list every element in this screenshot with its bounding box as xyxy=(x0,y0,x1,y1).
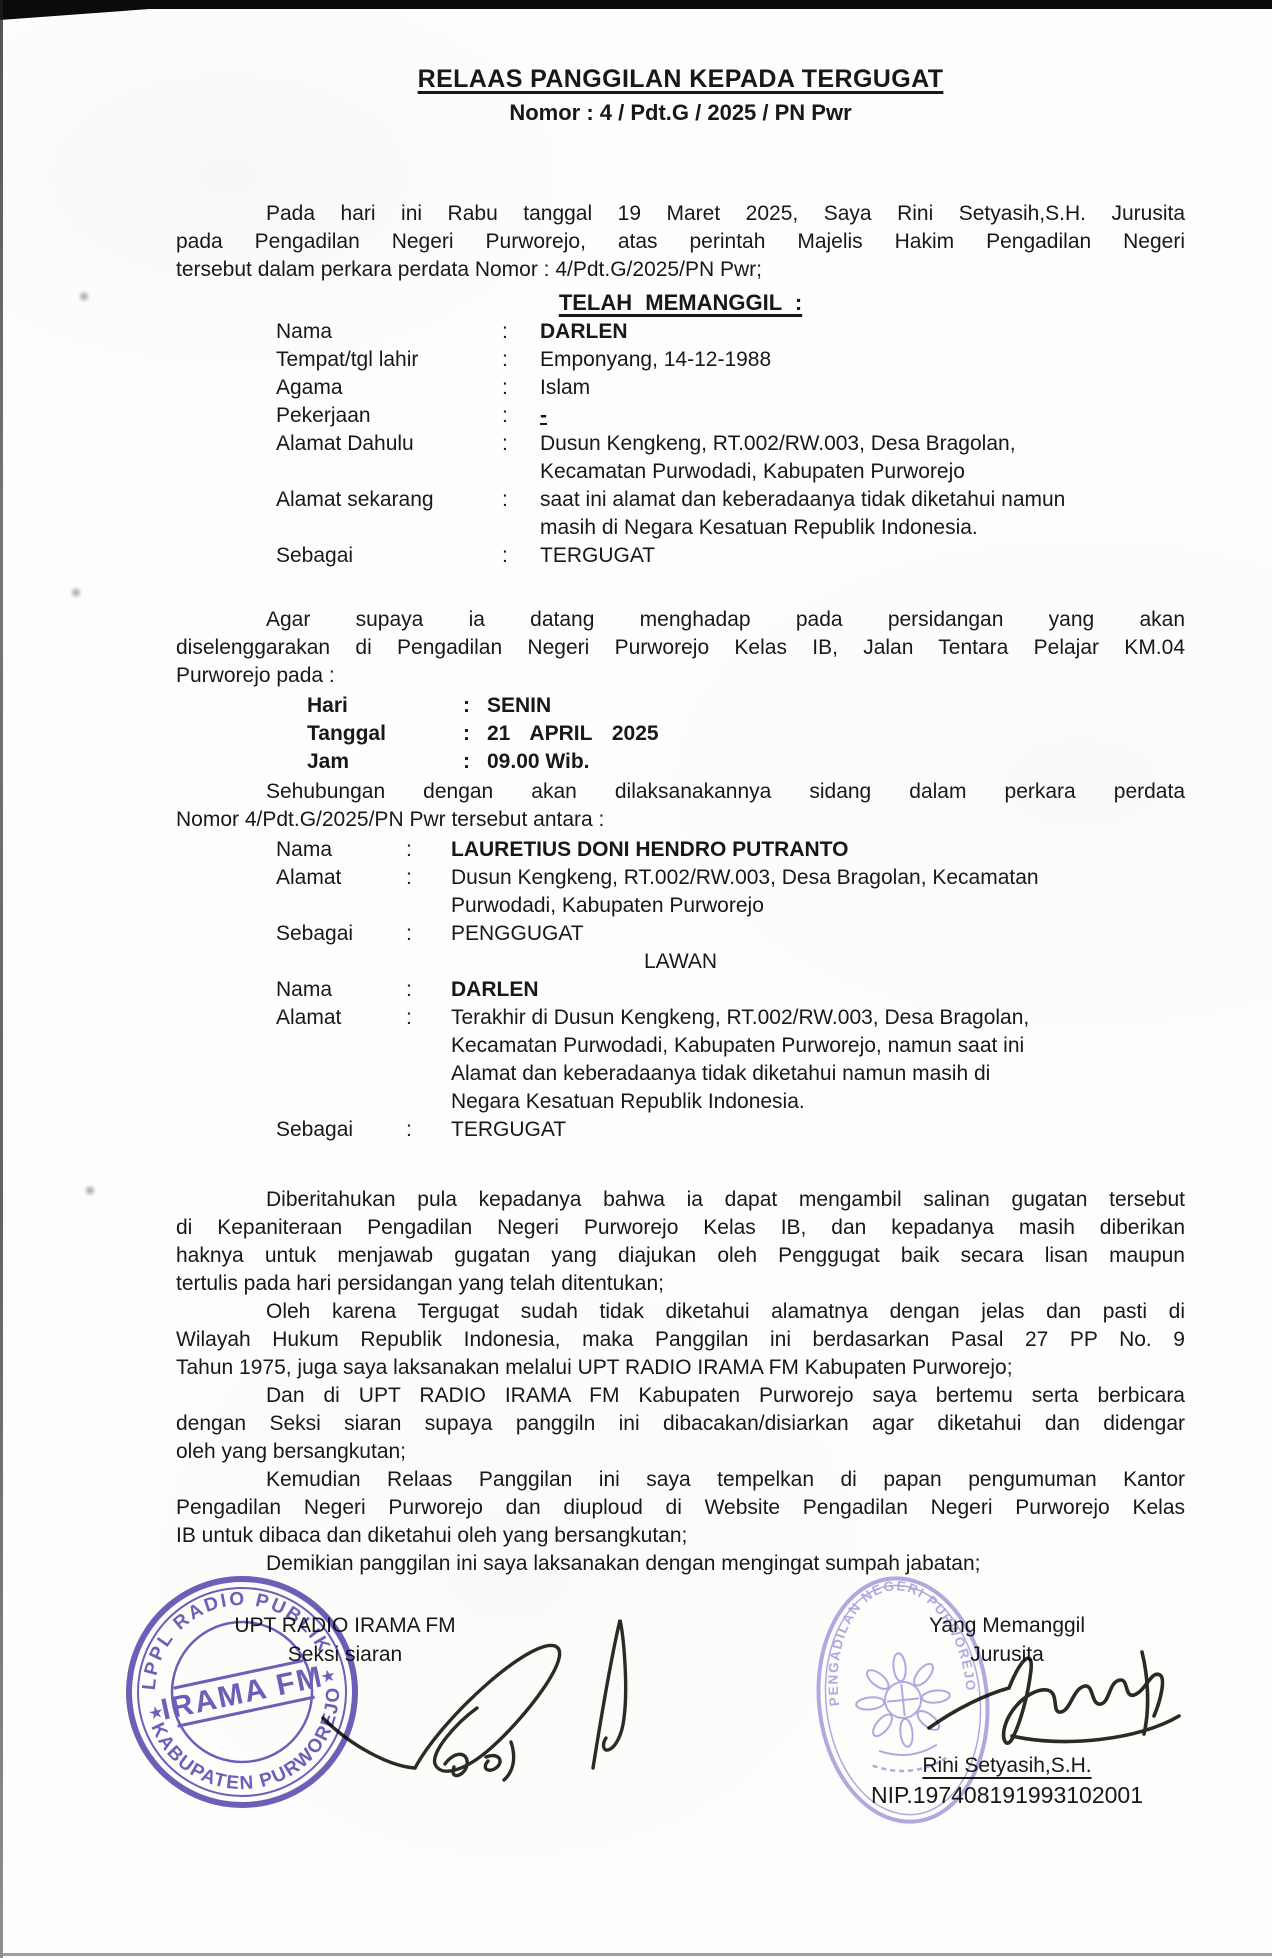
list-item: Tanggal : 21 APRIL 2025 xyxy=(307,720,1107,748)
field-label: Agama xyxy=(276,374,502,402)
field-label: Nama xyxy=(276,976,406,1004)
colon: : xyxy=(406,1116,451,1144)
paragraph-line: oleh yang bersangkutan; xyxy=(176,1438,1185,1466)
summon-heading-text: TELAH MEMANGGIL : xyxy=(559,290,802,315)
list-item: Pekerjaan : - xyxy=(276,402,1196,430)
body-paragraph: Kemudian Relaas Panggilan ini saya tempe… xyxy=(176,1466,1185,1550)
field-label: Hari xyxy=(307,692,463,720)
field-value: Islam xyxy=(540,374,1140,402)
field-value: 09.00 Wib. xyxy=(487,748,590,776)
list-item: Nama : DARLEN xyxy=(276,318,1196,346)
scan-top-left-wedge xyxy=(0,0,158,20)
paragraph-line: Wilayah Hukum Republik Indonesia, maka P… xyxy=(176,1326,1185,1354)
paragraph-line: di Kepaniteraan Pengadilan Negeri Purwor… xyxy=(176,1214,1185,1242)
paragraph-line: Oleh karena Tergugat sudah tidak diketah… xyxy=(176,1298,1185,1326)
intro-paragraph: Pada hari ini Rabu tanggal 19 Maret 2025… xyxy=(176,200,1185,284)
field-label: Tanggal xyxy=(307,720,463,748)
colon: : xyxy=(502,346,540,374)
left-signature xyxy=(293,1596,665,1814)
paragraph-line: diselenggarakan di Pengadilan Negeri Pur… xyxy=(176,634,1185,662)
list-item: Sebagai : TERGUGAT xyxy=(276,542,1196,570)
paragraph-line: Nomor 4/Pdt.G/2025/PN Pwr tersebut antar… xyxy=(176,806,1185,834)
field-label: Nama xyxy=(276,836,406,864)
list-item: Nama : DARLEN xyxy=(276,976,1216,1004)
right-signature xyxy=(913,1636,1247,1774)
field-value: TERGUGAT xyxy=(540,542,1140,570)
body-paragraph: Oleh karena Tergugat sudah tidak diketah… xyxy=(176,1298,1185,1382)
list-item: Alamat : Terakhir di Dusun Kengkeng, RT.… xyxy=(276,1004,1216,1116)
field-label: Sebagai xyxy=(276,1116,406,1144)
body-paragraph: Dan di UPT RADIO IRAMA FM Kabupaten Purw… xyxy=(176,1382,1185,1466)
field-label: Sebagai xyxy=(276,542,502,570)
field-value: DARLEN xyxy=(540,318,1140,346)
field-value: SENIN xyxy=(487,692,551,720)
colon: : xyxy=(406,864,451,892)
field-label: Pekerjaan xyxy=(276,402,502,430)
field-value: PENGGUGAT xyxy=(451,920,1131,948)
paragraph-line: Dan di UPT RADIO IRAMA FM Kabupaten Purw… xyxy=(176,1382,1185,1410)
colon: : xyxy=(502,374,540,402)
list-item: Alamat : Dusun Kengkeng, RT.002/RW.003, … xyxy=(276,864,1216,920)
paper-smudge xyxy=(78,290,90,303)
field-label: Alamat xyxy=(276,1004,406,1032)
paragraph-line: Kemudian Relaas Panggilan ini saya tempe… xyxy=(176,1466,1185,1494)
hearing-intro-paragraph: Agar supaya ia datang menghadap pada per… xyxy=(176,606,1185,690)
colon: : xyxy=(463,748,487,776)
paragraph-line: tersebut dalam perkara perdata Nomor : 4… xyxy=(176,256,1185,284)
field-label: Alamat sekarang xyxy=(276,486,502,514)
paragraph-line: Tahun 1975, juga saya laksanakan melalui… xyxy=(176,1354,1185,1382)
paragraph-line: haknya untuk menjawab gugatan yang diaju… xyxy=(176,1242,1185,1270)
defendant-party-list: Nama : DARLEN Alamat : Terakhir di Dusun… xyxy=(276,976,1216,1144)
defendant-identity-list: Nama : DARLEN Tempat/tgl lahir : Emponya… xyxy=(276,318,1196,570)
field-label: Tempat/tgl lahir xyxy=(276,346,502,374)
scan-left-edge xyxy=(0,0,3,1958)
field-value: LAURETIUS DONI HENDRO PUTRANTO xyxy=(451,836,1131,864)
summon-heading: TELAH MEMANGGIL : xyxy=(176,289,1185,317)
hearing-schedule-list: Hari : SENIN Tanggal : 21 APRIL 2025 Jam… xyxy=(307,692,1107,776)
field-label: Sebagai xyxy=(276,920,406,948)
list-item: Jam : 09.00 Wib. xyxy=(307,748,1107,776)
court-summons-document: RELAAS PANGGILAN KEPADA TERGUGAT Nomor :… xyxy=(0,0,1272,1958)
scan-bottom-edge xyxy=(0,1953,1272,1956)
paper-smudge xyxy=(70,586,82,599)
paragraph-line: Agar supaya ia datang menghadap pada per… xyxy=(176,606,1185,634)
colon: : xyxy=(502,402,540,430)
paragraph-line: Sehubungan dengan akan dilaksanakannya s… xyxy=(176,778,1185,806)
list-item: Alamat sekarang : saat ini alamat dan ke… xyxy=(276,486,1196,542)
colon: : xyxy=(463,692,487,720)
list-item: Agama : Islam xyxy=(276,374,1196,402)
plaintiff-identity-list: Nama : LAURETIUS DONI HENDRO PUTRANTO Al… xyxy=(276,836,1216,948)
body-paragraph: Diberitahukan pula kepadanya bahwa ia da… xyxy=(176,1186,1185,1298)
colon: : xyxy=(406,1004,451,1032)
paragraph-line: Pada hari ini Rabu tanggal 19 Maret 2025… xyxy=(176,200,1185,228)
paragraph-line: tertulis pada hari persidangan yang tela… xyxy=(176,1270,1185,1298)
list-item: Nama : LAURETIUS DONI HENDRO PUTRANTO xyxy=(276,836,1216,864)
field-label: Jam xyxy=(307,748,463,776)
field-value: Terakhir di Dusun Kengkeng, RT.002/RW.00… xyxy=(451,1004,1131,1116)
field-value: DARLEN xyxy=(451,976,1131,1004)
field-value: - xyxy=(540,402,1140,430)
colon: : xyxy=(406,976,451,1004)
colon: : xyxy=(502,430,540,458)
versus-label: LAWAN xyxy=(176,948,1185,976)
colon: : xyxy=(502,318,540,346)
left-signature-graphic xyxy=(293,1596,665,1814)
list-item: Hari : SENIN xyxy=(307,692,1107,720)
list-item: Tempat/tgl lahir : Emponyang, 14-12-1988 xyxy=(276,346,1196,374)
field-label: Alamat Dahulu xyxy=(276,430,502,458)
field-value: 21 APRIL 2025 xyxy=(487,720,659,748)
colon: : xyxy=(406,920,451,948)
colon: : xyxy=(463,720,487,748)
case-number: Nomor : 4 / Pdt.G / 2025 / PN Pwr xyxy=(176,98,1185,128)
list-item: Sebagai : PENGGUGAT xyxy=(276,920,1216,948)
field-value: TERGUGAT xyxy=(451,1116,1131,1144)
document-title: RELAAS PANGGILAN KEPADA TERGUGAT xyxy=(176,62,1185,96)
list-item: Sebagai : TERGUGAT xyxy=(276,1116,1216,1144)
colon: : xyxy=(406,836,451,864)
right-signature-graphic xyxy=(913,1636,1247,1774)
field-label: Nama xyxy=(276,318,502,346)
paragraph-line: Purworejo pada : xyxy=(176,662,1185,690)
colon: : xyxy=(502,542,540,570)
field-value: Dusun Kengkeng, RT.002/RW.003, Desa Brag… xyxy=(540,430,1140,486)
field-label: Alamat xyxy=(276,864,406,892)
field-value: saat ini alamat dan keberadaanya tidak d… xyxy=(540,486,1140,542)
paragraph-line: pada Pengadilan Negeri Purworejo, atas p… xyxy=(176,228,1185,256)
paper-smudge xyxy=(84,1184,96,1197)
case-intro-paragraph: Sehubungan dengan akan dilaksanakannya s… xyxy=(176,778,1185,834)
paragraph-line: Pengadilan Negeri Purworejo dan diuploud… xyxy=(176,1494,1185,1522)
list-item: Alamat Dahulu : Dusun Kengkeng, RT.002/R… xyxy=(276,430,1196,486)
colon: : xyxy=(502,486,540,514)
field-value: Emponyang, 14-12-1988 xyxy=(540,346,1140,374)
paragraph-line: dengan Seksi siaran supaya panggiln ini … xyxy=(176,1410,1185,1438)
paragraph-line: Diberitahukan pula kepadanya bahwa ia da… xyxy=(176,1186,1185,1214)
scan-top-edge xyxy=(0,0,1272,9)
field-value: Dusun Kengkeng, RT.002/RW.003, Desa Brag… xyxy=(451,864,1131,920)
paragraph-line: IB untuk dibaca dan diketahui oleh yang … xyxy=(176,1522,1185,1550)
document-title-text: RELAAS PANGGILAN KEPADA TERGUGAT xyxy=(418,65,944,93)
